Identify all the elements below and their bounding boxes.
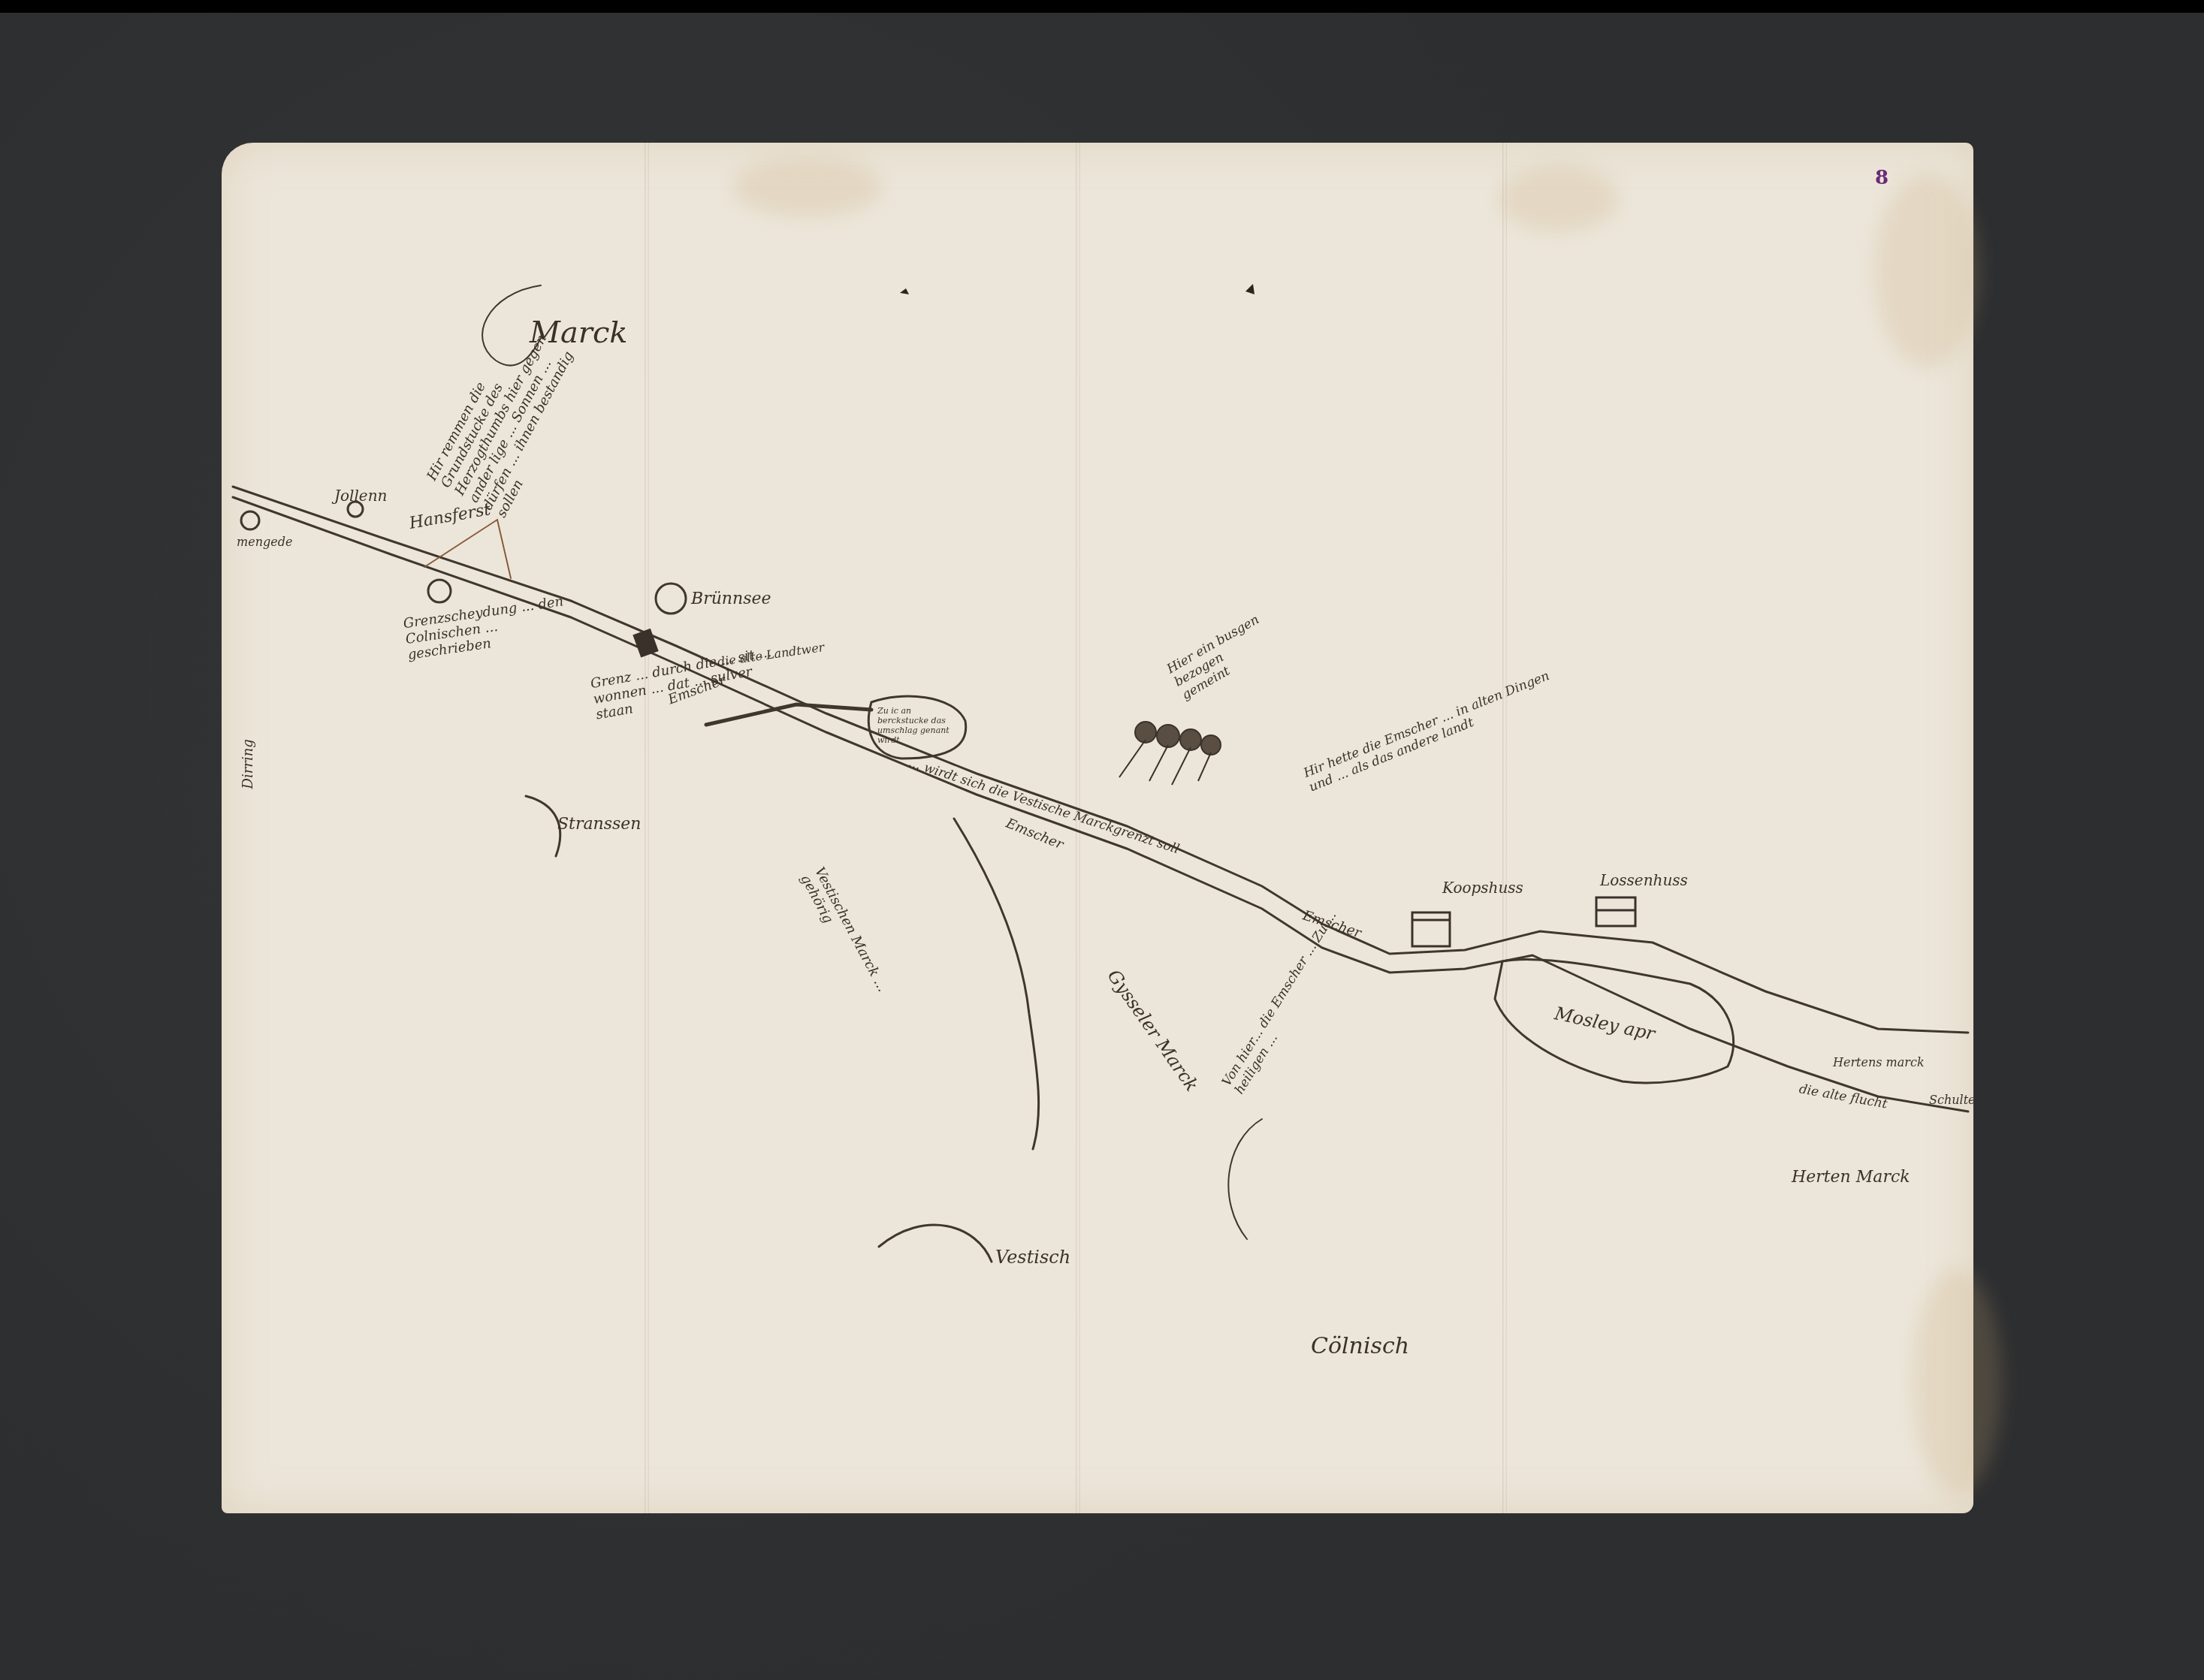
label-vestisch-center: Vestisch [995,1247,1070,1268]
label-koopshuss: Koopshuss [1442,879,1523,897]
flourish-vestisch-center [879,1225,992,1262]
ink-mark [900,288,909,294]
label-hertens-marck: Herten Marck [1792,1168,1910,1187]
flourish-bottom-note [1228,1119,1262,1239]
boxed-note: Zu ic an berckstucke das umschlag genant… [877,706,960,745]
mill-icon [633,629,658,658]
label-strassen: Stranssen [557,815,641,834]
mengede-circle [241,511,259,529]
river-bank-south [233,497,1968,1111]
trees-icon [1119,722,1221,785]
label-dirring: Dirring [240,739,256,789]
river-bank-north [233,487,1968,1033]
label-coelnisch: Cölnisch [1311,1333,1409,1359]
label-hertens-marck-small: Hertens marck [1833,1055,1925,1069]
brunnensee-circle [656,584,686,614]
label-jollenn: Jollenn [334,487,387,505]
ink-mark [1245,284,1254,294]
flourish-vestisch-left [526,796,560,856]
stream [954,819,1039,1149]
label-schulte: Schulte [1929,1093,1976,1107]
lossenhuss-house-icon [1596,897,1635,926]
map-drawing [0,0,2204,1680]
koopshuss-house-icon [1412,912,1450,946]
castle-circle [428,580,451,602]
label-brunnensee: Brünnsee [691,590,771,608]
label-mengede: mengede [237,535,292,549]
label-lossenhuss: Lossenhuss [1600,871,1688,889]
